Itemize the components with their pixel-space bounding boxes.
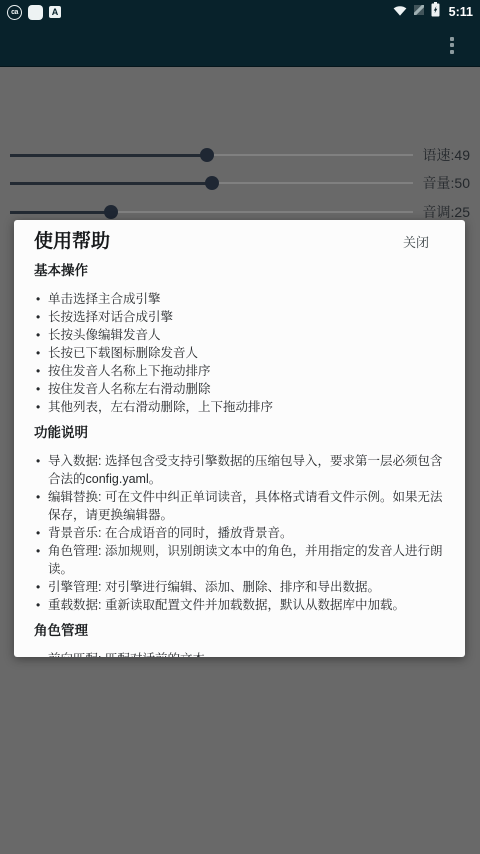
list-item: 导入数据: 选择包含受支持引擎数据的压缩包导入，要求第一层必须包含合法的conf… [36, 452, 447, 488]
list-item: 按住发音人名称上下拖动排序 [36, 362, 447, 380]
list-item: 角色管理: 添加规则，识别朗读文本中的角色，并用指定的发音人进行朗读。 [36, 542, 447, 578]
help-dialog: 使用帮助 关闭 基本操作 单击选择主合成引擎 长按选择对话合成引擎 长按头像编辑… [14, 220, 465, 657]
list-item: 重载数据: 重新读取配置文件并加载数据，默认从数据库中加载。 [36, 596, 447, 614]
section-heading-features: 功能说明 [34, 425, 447, 441]
rounded-square-icon [28, 5, 43, 20]
status-bar-right: 5:11 [393, 2, 473, 22]
list-item: 长按已下载图标删除发音人 [36, 344, 447, 362]
section-heading-role-management: 角色管理 [34, 623, 447, 639]
list-item: 按住发音人名称左右滑动删除 [36, 380, 447, 398]
no-signal-icon [413, 3, 425, 21]
list-item: 编辑替换: 可在文件中纠正单词读音，具体格式请看文件示例。如果无法保存，请更换编… [36, 488, 447, 524]
list-item: 长按选择对话合成引擎 [36, 308, 447, 326]
basic-operations-list: 单击选择主合成引擎 长按选择对话合成引擎 长按头像编辑发音人 长按已下载图标删除… [36, 290, 447, 416]
list-item: 引擎管理: 对引擎进行编辑、添加、删除、排序和导出数据。 [36, 578, 447, 596]
list-item: 单击选择主合成引擎 [36, 290, 447, 308]
list-item: 前向匹配: 匹配对话前的文本。 [36, 650, 447, 657]
status-bar: ca A 5:11 [0, 0, 480, 24]
list-item: 长按头像编辑发音人 [36, 326, 447, 344]
status-bar-time: 5:11 [449, 5, 473, 19]
dialog-title: 使用帮助 [34, 230, 447, 254]
list-item: 其他列表，左右滑动删除，上下拖动排序 [36, 398, 447, 416]
features-list: 导入数据: 选择包含受支持引擎数据的压缩包导入，要求第一层必须包含合法的conf… [36, 452, 447, 614]
section-heading-basic-operations: 基本操作 [34, 263, 447, 279]
role-management-list: 前向匹配: 匹配对话前的文本。 [36, 650, 447, 657]
ca-badge-icon: ca [7, 5, 22, 20]
list-item: 背景音乐: 在合成语音的同时，播放背景音。 [36, 524, 447, 542]
a-badge-icon: A [49, 6, 61, 18]
battery-charging-icon [431, 2, 440, 22]
close-button[interactable]: 关闭 [403, 235, 429, 251]
status-bar-left: ca A [7, 5, 61, 20]
wifi-icon [393, 3, 407, 21]
